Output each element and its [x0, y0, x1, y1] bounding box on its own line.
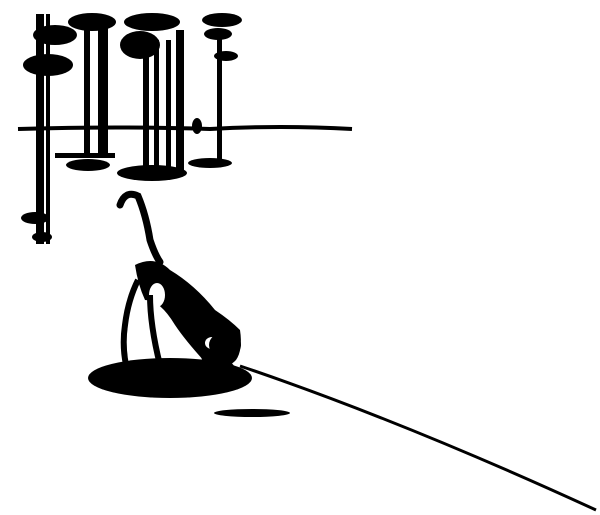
horizon-line: [18, 127, 352, 129]
tree-group-3: [117, 13, 187, 181]
ground-stroke: [214, 409, 290, 417]
dog: [120, 194, 241, 378]
ink-illustration: [0, 0, 600, 515]
dog-tail: [120, 194, 160, 262]
leash: [240, 366, 596, 510]
trees: [18, 13, 352, 244]
tree-right: [188, 13, 242, 168]
